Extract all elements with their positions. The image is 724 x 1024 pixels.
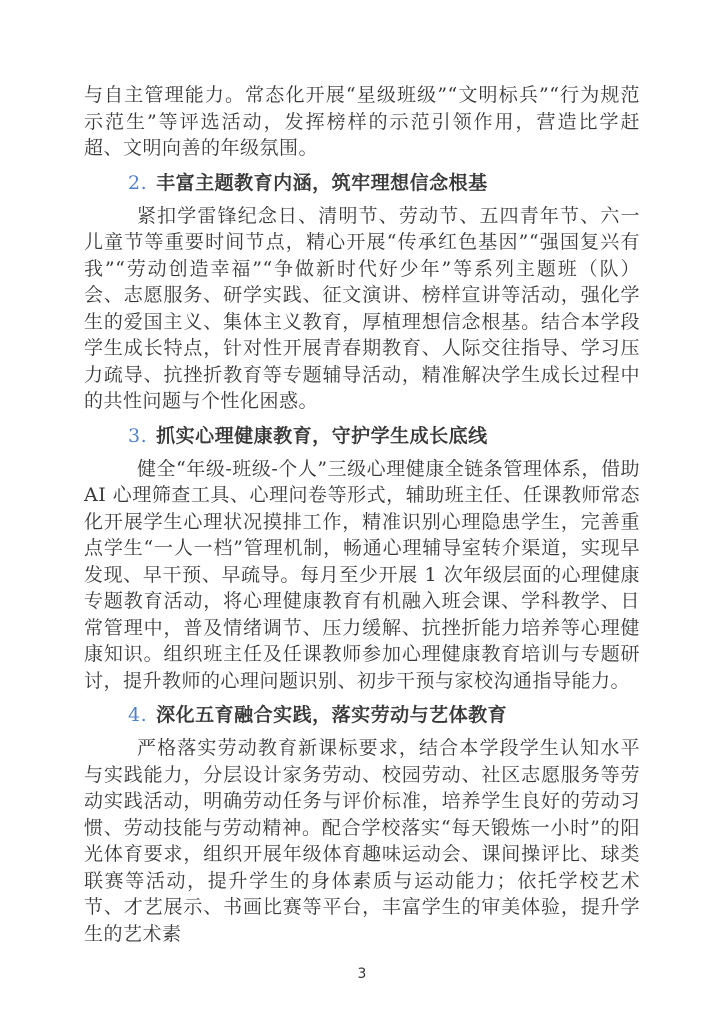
section-2: 2.丰富主题教育内涵，筑牢理想信念根基 紧扣学雷锋纪念日、清明节、劳动节、五四青… bbox=[84, 170, 640, 415]
section-title: 丰富主题教育内涵，筑牢理想信念根基 bbox=[156, 172, 488, 194]
section-heading: 2.丰富主题教育内涵，筑牢理想信念根基 bbox=[84, 170, 640, 197]
paragraph-continuation: 与自主管理能力。常态化开展“星级班级”“文明标兵”“行为规范示范生”等评选活动，… bbox=[84, 82, 640, 162]
section-title: 深化五育融合实践，落实劳动与艺体教育 bbox=[156, 704, 507, 726]
section-4: 4.深化五育融合实践，落实劳动与艺体教育 严格落实劳动教育新课标要求，结合本学段… bbox=[84, 702, 640, 947]
section-body: 紧扣学雷锋纪念日、清明节、劳动节、五四青年节、六一儿童节等重要时间节点，精心开展… bbox=[84, 203, 640, 415]
section-heading: 3.抓实心理健康教育，守护学生成长底线 bbox=[84, 423, 640, 450]
section-body: 健全“年级-班级-个人”三级心理健康全链条管理体系，借助 AI 心理筛查工具、心… bbox=[84, 456, 640, 695]
section-body: 严格落实劳动教育新课标要求，结合本学段学生认知水平与实践能力，分层设计家务劳动、… bbox=[84, 735, 640, 947]
document-page: 与自主管理能力。常态化开展“星级班级”“文明标兵”“行为规范示范生”等评选活动，… bbox=[0, 0, 724, 1024]
section-number: 3. bbox=[128, 425, 147, 447]
section-heading: 4.深化五育融合实践，落实劳动与艺体教育 bbox=[84, 702, 640, 729]
section-number: 4. bbox=[128, 704, 147, 726]
section-number: 2. bbox=[128, 172, 147, 194]
section-3: 3.抓实心理健康教育，守护学生成长底线 健全“年级-班级-个人”三级心理健康全链… bbox=[84, 423, 640, 695]
page-number: 3 bbox=[0, 966, 724, 982]
section-title: 抓实心理健康教育，守护学生成长底线 bbox=[156, 425, 488, 447]
